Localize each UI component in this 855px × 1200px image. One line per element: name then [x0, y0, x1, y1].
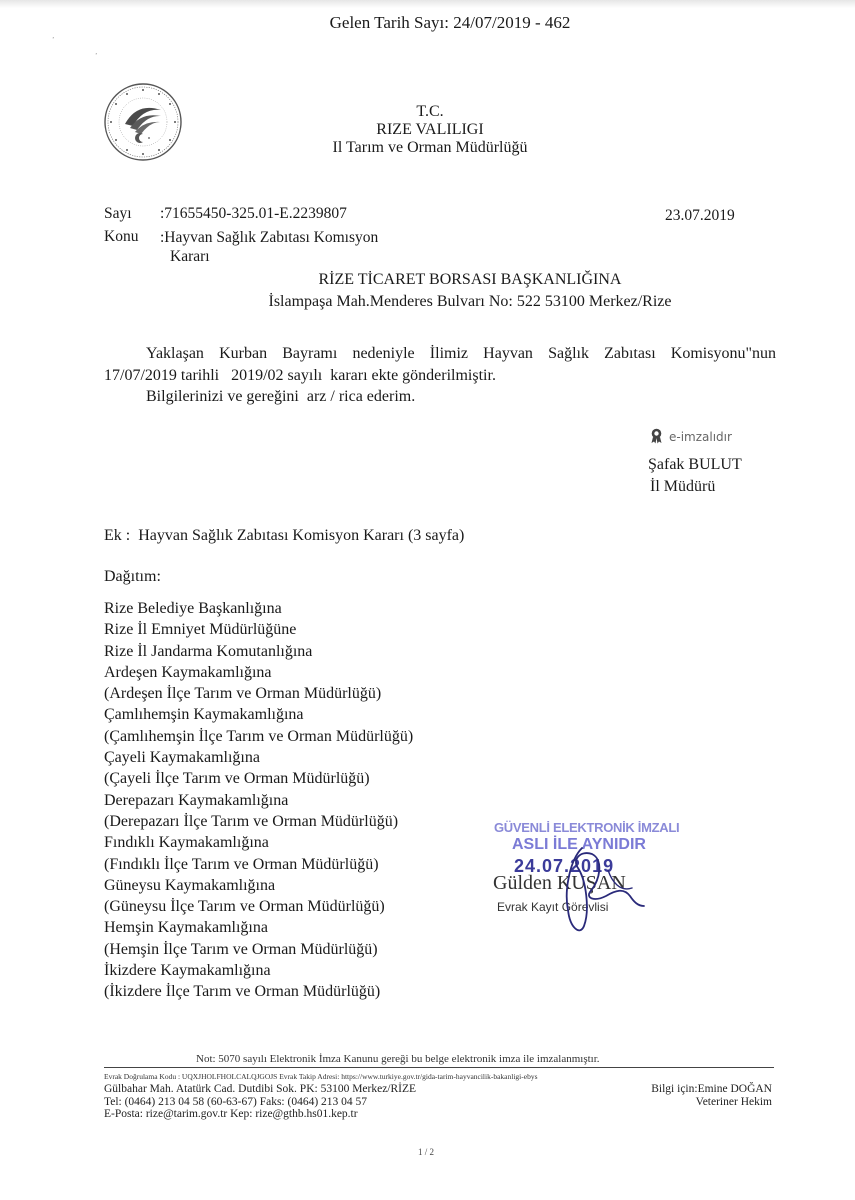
recipient-block: RİZE TİCARET BORSASI BAŞKANLIĞINA İslamp…	[200, 269, 740, 313]
footer-esign-note: Not: 5070 sayılı Elektronik İmza Kanunu …	[196, 1053, 600, 1065]
distribution-item: (Çamlıhemşin İlçe Tarım ve Orman Müdürlü…	[104, 726, 413, 747]
recipient-address: İslampaşa Mah.Menderes Bulvarı No: 522 5…	[200, 291, 740, 313]
letterhead: T.C. RIZE VALILIGI Il Tarım ve Orman Müd…	[200, 103, 660, 157]
scan-speck: ’	[52, 36, 54, 44]
letter-body: Yaklaşan Kurban Bayramı nedeniyle İlimiz…	[104, 343, 776, 408]
distribution-item: Fındıklı Kaymakamlığına	[104, 832, 413, 853]
signer-name: Şafak BULUT	[648, 454, 742, 476]
footer-phone: Tel: (0464) 213 04 58 (60-63-67) Faks: (…	[104, 1096, 416, 1109]
footer-info-block: Bilgi için:Emine DOĞAN Veteriner Hekim	[651, 1083, 772, 1108]
footer-info-contact: Bilgi için:Emine DOĞAN	[651, 1083, 772, 1096]
distribution-list: Rize Belediye Başkanlığına Rize İl Emniy…	[104, 598, 413, 1003]
distribution-item: (Hemşin İlçe Tarım ve Orman Müdürlüğü)	[104, 939, 413, 960]
letterhead-line-tc: T.C.	[200, 103, 660, 121]
scan-speck: ‚	[95, 48, 97, 56]
footer-verification-code: Evrak Doğrulama Kodu : UQXJHOLFHOLCALQJG…	[104, 1072, 538, 1081]
distribution-item: Çamlıhemşin Kaymakamlığına	[104, 704, 413, 725]
body-paragraph-line: 17/07/2019 tarihli 2019/02 sayılı kararı…	[104, 365, 776, 387]
distribution-item: Rize İl Emniyet Müdürlüğüne	[104, 619, 413, 640]
distribution-title: Dağıtım:	[104, 568, 161, 586]
certified-stamp-title: GÜVENLİ ELEKTRONİK İMZALI	[494, 820, 679, 835]
letterhead-line-directorate: Il Tarım ve Orman Müdürlüğü	[200, 139, 660, 157]
ribbon-seal-icon	[650, 428, 663, 444]
footer-address: Gülbahar Mah. Atatürk Cad. Dutdibi Sok. …	[104, 1083, 416, 1096]
handwritten-signature-icon	[520, 840, 650, 940]
distribution-item: (İkizdere İlçe Tarım ve Orman Müdürlüğü)	[104, 981, 413, 1002]
signer-title: İl Müdürü	[648, 476, 742, 498]
distribution-item: (Güneysu İlçe Tarım ve Orman Müdürlüğü)	[104, 896, 413, 917]
distribution-item: Ardeşen Kaymakamlığına	[104, 662, 413, 683]
distribution-item: Güneysu Kaymakamlığına	[104, 875, 413, 896]
konu-label: Konu	[104, 228, 138, 246]
distribution-item: (Ardeşen İlçe Tarım ve Orman Müdürlüğü)	[104, 683, 413, 704]
distribution-item: Hemşin Kaymakamlığına	[104, 917, 413, 938]
distribution-item: Çayeli Kaymakamlığına	[104, 747, 413, 768]
document-date: 23.07.2019	[665, 207, 735, 225]
konu-value-line: :Hayvan Sağlık Zabıtası Komısyon	[160, 228, 378, 247]
footer-email: E-Posta: rize@tarim.gov.tr Kep: rize@gth…	[104, 1108, 416, 1121]
incoming-date-stamp: Gelen Tarih Sayı: 24/07/2019 - 462	[0, 13, 855, 33]
body-paragraph-line: Yaklaşan Kurban Bayramı nedeniyle İlimiz…	[104, 343, 776, 365]
konu-value-line: Kararı	[160, 247, 378, 266]
distribution-item: (Fındıklı İlçe Tarım ve Orman Müdürlüğü)	[104, 854, 413, 875]
e-signature-label: e-imzalıdır	[669, 430, 732, 444]
distribution-item: (Derepazarı İlçe Tarım ve Orman Müdürlüğ…	[104, 811, 413, 832]
footer-contact-block: Gülbahar Mah. Atatürk Cad. Dutdibi Sok. …	[104, 1083, 416, 1121]
distribution-item: Derepazarı Kaymakamlığına	[104, 790, 413, 811]
footer-info-role: Veteriner Hekim	[651, 1096, 772, 1109]
sayi-label: Sayı	[104, 205, 132, 223]
scan-edge-shade	[0, 0, 855, 8]
body-paragraph: Bilgilerinizi ve gereğini arz / rica ede…	[104, 386, 776, 408]
letterhead-line-governorship: RIZE VALILIGI	[200, 121, 660, 139]
recipient-name: RİZE TİCARET BORSASI BAŞKANLIĞINA	[200, 269, 740, 291]
signer-block: Şafak BULUT İl Müdürü	[648, 454, 742, 498]
konu-value: :Hayvan Sağlık Zabıtası Komısyon Kararı	[160, 228, 378, 266]
e-signature-badge: e-imzalıdır	[650, 428, 732, 444]
page-number: 1 / 2	[418, 1147, 434, 1157]
footer-divider	[104, 1067, 774, 1068]
distribution-item: İkizdere Kaymakamlığına	[104, 960, 413, 981]
attachment-line: Ek : Hayvan Sağlık Zabıtası Komisyon Kar…	[104, 527, 464, 545]
ministry-seal-icon	[103, 82, 183, 162]
distribution-item: Rize Belediye Başkanlığına	[104, 598, 413, 619]
distribution-item: Rize İl Jandarma Komutanlığına	[104, 641, 413, 662]
distribution-item: (Çayeli İlçe Tarım ve Orman Müdürlüğü)	[104, 768, 413, 789]
sayi-value: :71655450-325.01-E.2239807	[160, 205, 347, 223]
